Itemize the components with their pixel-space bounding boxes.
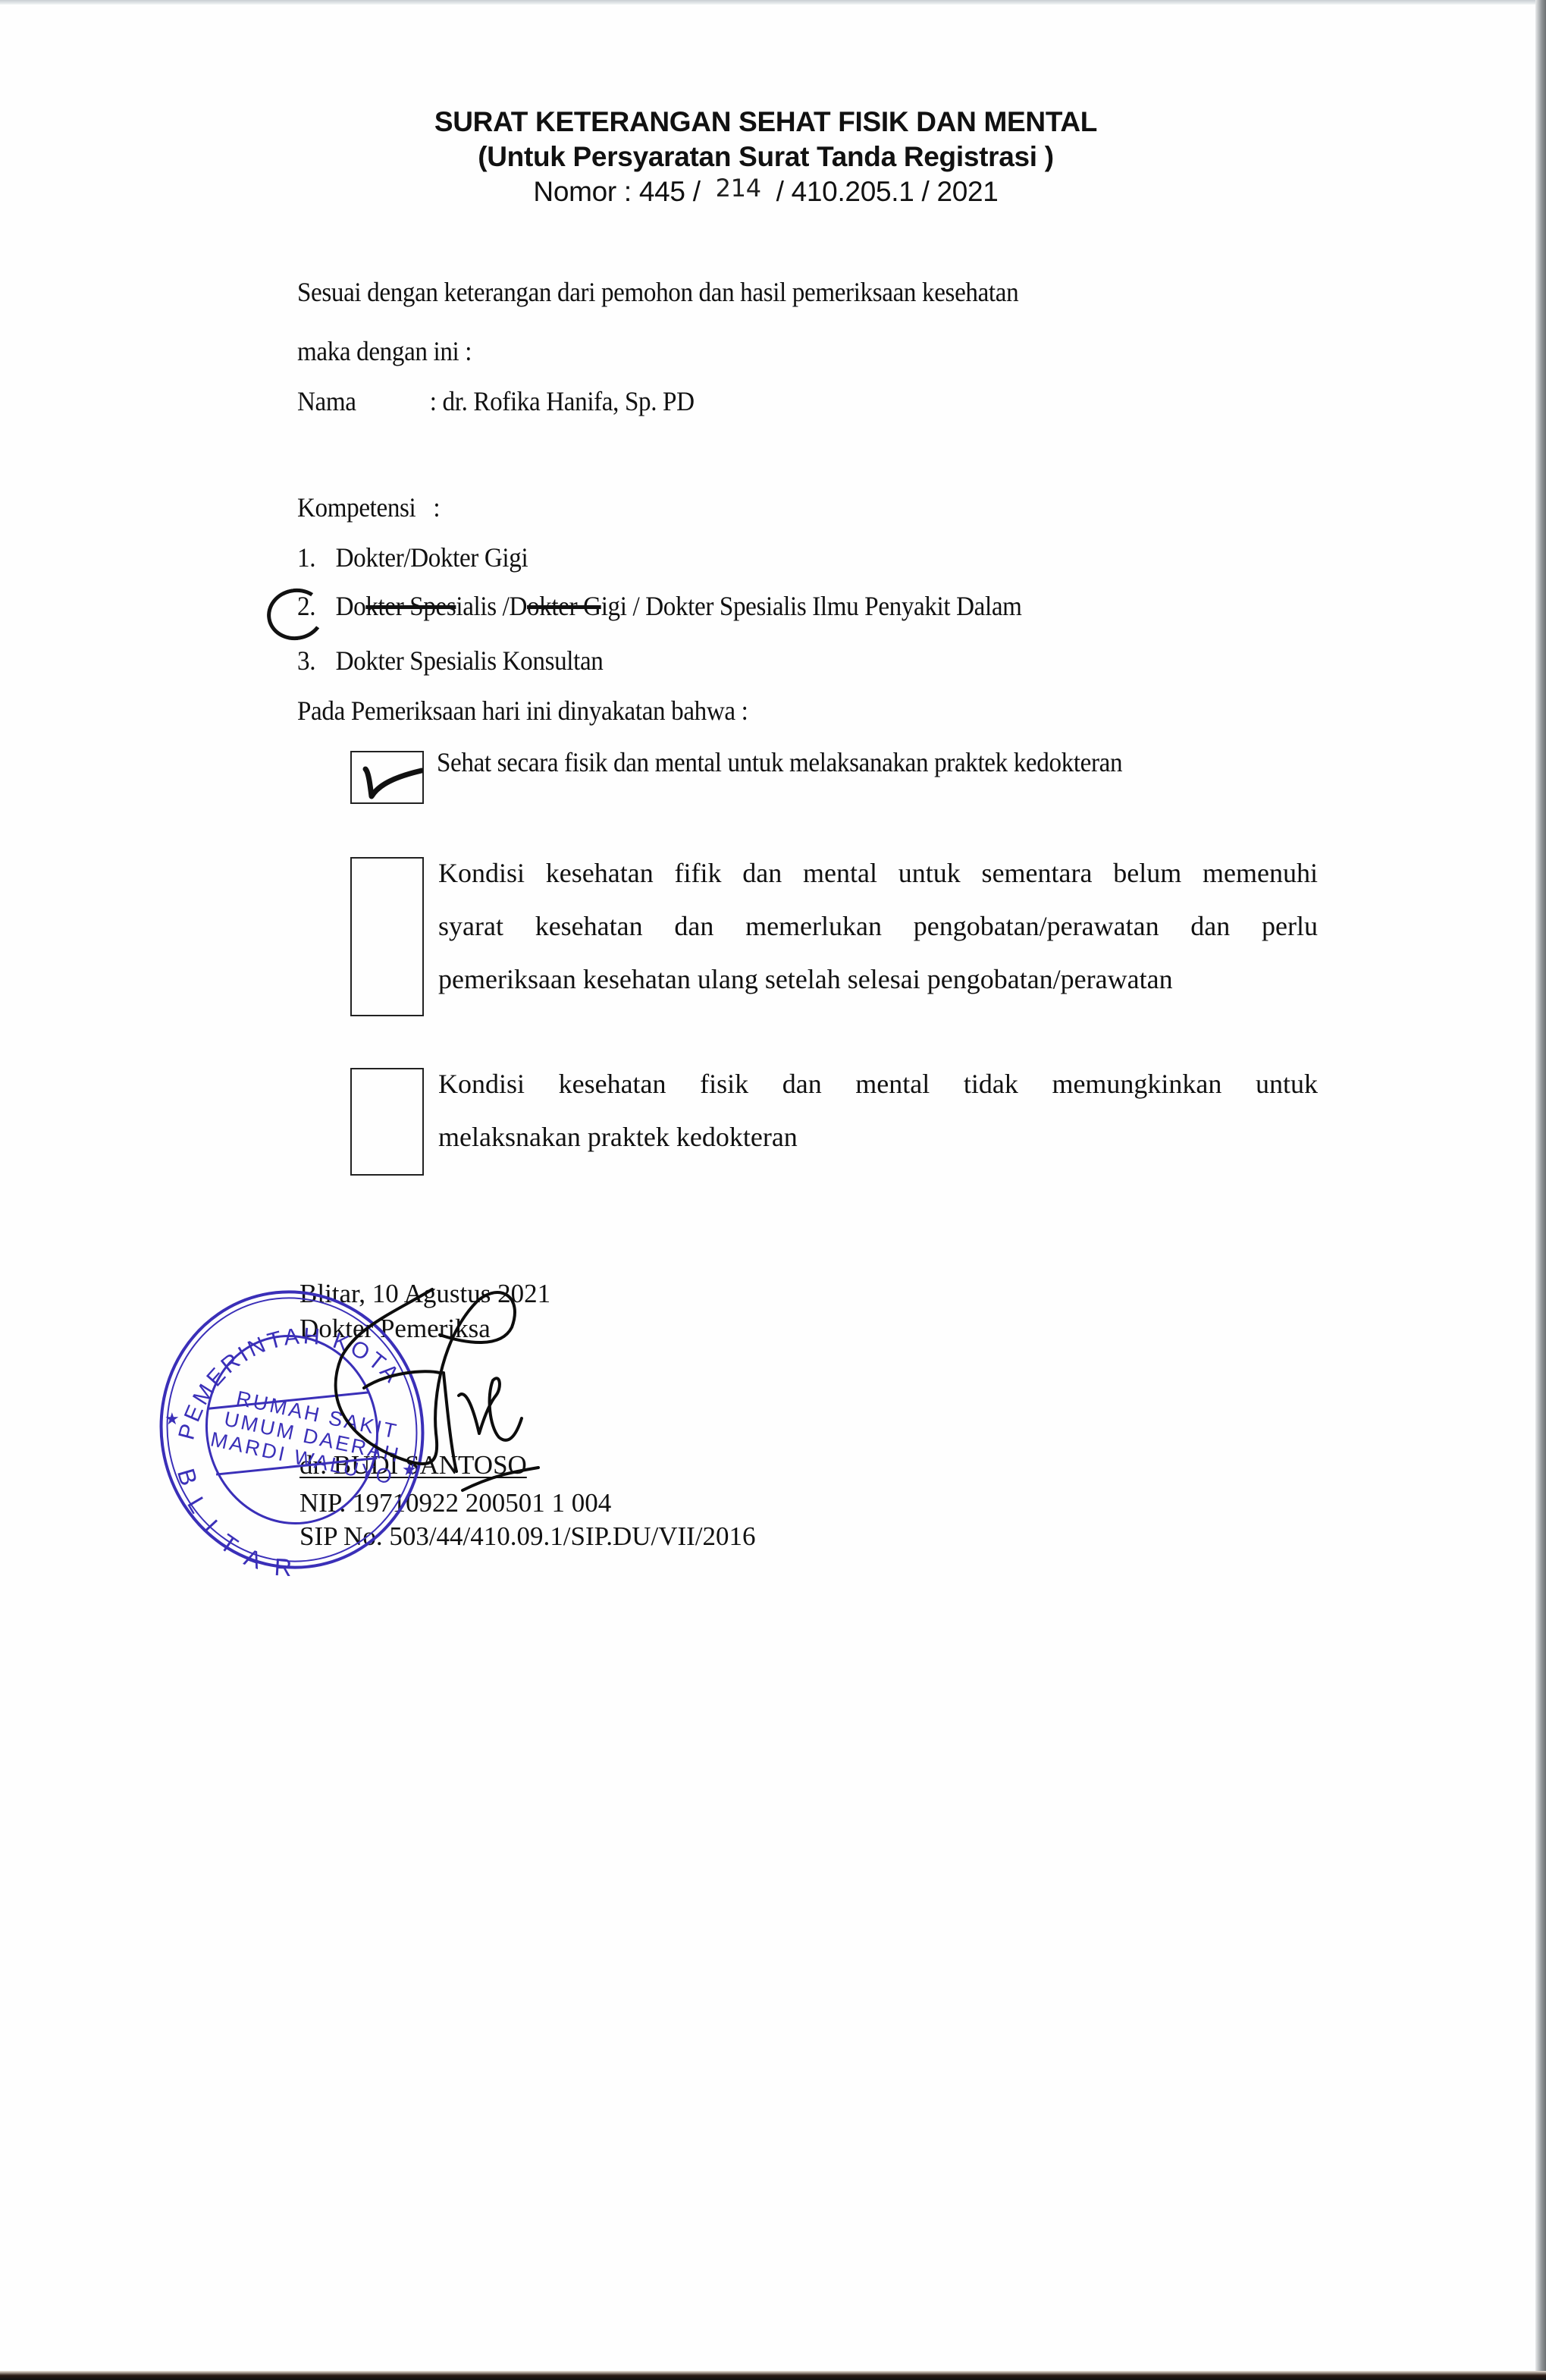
scan-edge-top xyxy=(0,0,1546,5)
number-handwritten: 214 xyxy=(708,174,769,203)
option-2-line: pemeriksaan kesehatan ulang setelah sele… xyxy=(438,953,1318,1006)
item-text-part: Do xyxy=(336,591,366,621)
document-number: Nomor : 445 / 214 / 410.205.1 / 2021 xyxy=(0,176,1532,208)
item-text-part: igi / Dokter Spesialis Ilmu Penyakit Dal… xyxy=(601,591,1022,621)
number-suffix: / 410.205.1 / 2021 xyxy=(776,176,999,207)
option-2-text: Kondisi kesehatan fifik dan mental untuk… xyxy=(438,846,1318,1006)
item-number: 3. xyxy=(297,645,336,677)
name-value: : dr. Rofika Hanifa, Sp. PD xyxy=(430,386,695,416)
handwritten-signature xyxy=(311,1282,599,1509)
stamp-outer-bottom: BLITAR xyxy=(172,1465,309,1578)
struck-text: okter G xyxy=(527,591,601,621)
option-3-line: melaksnakan praktek kedokteran xyxy=(438,1110,1318,1163)
competence-item-1: 1.Dokter/Dokter Gigi xyxy=(297,542,528,573)
option-3-text: Kondisi kesehatan fisik dan mental tidak… xyxy=(438,1057,1318,1163)
document-page: SURAT KETERANGAN SEHAT FISIK DAN MENTAL … xyxy=(0,0,1546,2380)
option-2-checkbox[interactable] xyxy=(350,857,424,1016)
option-1-text: Sehat secara fisik dan mental untuk mela… xyxy=(437,746,1122,778)
document-subtitle: (Untuk Persyaratan Surat Tanda Registras… xyxy=(0,141,1532,173)
checkmark-icon xyxy=(362,758,423,801)
competence-label-row: Kompetensi: xyxy=(297,491,440,523)
scan-edge-right xyxy=(1535,0,1546,2380)
stamp-outer-bottom-text: BLITAR xyxy=(172,1465,309,1578)
item-number: 2. xyxy=(297,590,336,622)
option-2-line: syarat kesehatan dan memerlukan pengobat… xyxy=(438,900,1318,953)
option-3-line: Kondisi kesehatan fisik dan mental tidak… xyxy=(438,1057,1318,1110)
scan-edge-bottom xyxy=(0,2371,1546,2380)
intro-line-1: Sesuai dengan keterangan dari pemohon da… xyxy=(297,276,1018,308)
document-title: SURAT KETERANGAN SEHAT FISIK DAN MENTAL xyxy=(0,106,1532,138)
number-prefix: Nomor : 445 / xyxy=(533,176,700,207)
statement-intro: Pada Pemeriksaan hari ini dinyakatan bah… xyxy=(297,695,748,727)
struck-text: kter Spes xyxy=(365,591,456,621)
star-icon: ★ xyxy=(165,1409,183,1428)
item-number: 1. xyxy=(297,542,336,573)
competence-item-3: 3.Dokter Spesialis Konsultan xyxy=(297,645,603,677)
item-text: Dokter Spesialis Konsultan xyxy=(336,645,604,676)
option-3-checkbox[interactable] xyxy=(350,1068,424,1176)
competence-colon: : xyxy=(433,492,440,523)
applicant-name-row: Nama: dr. Rofika Hanifa, Sp. PD xyxy=(297,385,695,417)
name-label: Nama xyxy=(297,385,430,417)
item-text-part: ialis /D xyxy=(456,591,527,621)
intro-line-2: maka dengan ini : xyxy=(297,335,472,367)
competence-item-2: 2.Dokter Spesialis /Dokter Gigi / Dokter… xyxy=(297,590,1022,622)
competence-label: Kompetensi xyxy=(297,491,433,523)
item-text: Dokter/Dokter Gigi xyxy=(336,542,528,573)
option-2-line: Kondisi kesehatan fifik dan mental untuk… xyxy=(438,846,1318,900)
